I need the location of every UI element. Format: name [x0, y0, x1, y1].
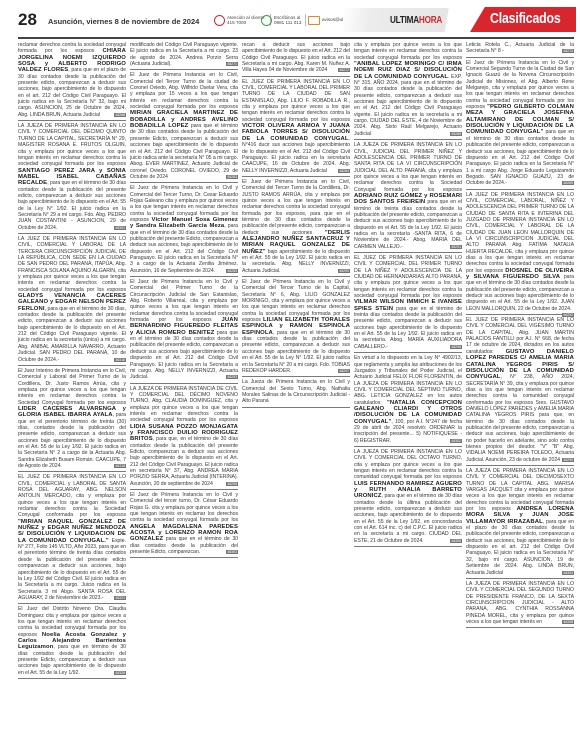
divider	[305, 14, 306, 26]
contact-value: 0981 111 013	[274, 20, 301, 25]
notice-code: 46291	[450, 245, 462, 249]
notice-code: 46326	[114, 671, 126, 675]
legal-notice: cita y emplaza por quince veces a los qu…	[354, 41, 462, 140]
phone-icon	[214, 15, 225, 26]
notice-text: El Juez Interino de Primera Instancia en…	[18, 368, 126, 406]
notice-code: 46289	[226, 269, 238, 273]
notice-code: 46316	[114, 358, 126, 362]
notice-text: En virtud a lo dispuesto en la Ley N° 49…	[354, 355, 462, 405]
notice-text: El Juez de Primera Instancia en lo Civil…	[130, 72, 238, 110]
notice-code: 46321	[114, 596, 126, 600]
legal-notice: recan a deducir sus acciones bajo aperci…	[242, 41, 350, 77]
notice-code: 46318	[114, 464, 126, 468]
legal-notice: El Juez del Distrito Noveno Dra. Claudia…	[18, 605, 126, 679]
notice-code: 46268	[114, 113, 126, 117]
notice-text: , para que en el plazo de 30 días contad…	[18, 67, 126, 117]
notice-party-names: VICTOR OLIVERA ARMOA Y JUANA FABIOLA TOR…	[242, 123, 350, 142]
column-4: cita y emplaza por quince veces a los qu…	[354, 41, 462, 749]
notice-text: El Juez de Primera Instancia en lo Civil…	[130, 492, 238, 523]
legal-notice: LA JUEZ DE PRIMERA INSTANCIA EN LO CIVIL…	[466, 191, 574, 316]
mail-icon	[308, 16, 320, 25]
notice-text: modificado del Código Civil Paraguayo vi…	[130, 42, 238, 67]
notice-code: 46298	[226, 482, 238, 486]
notice-text: EL JUEZ DE PRIMERA INSTANCIA EN LO CIVIL…	[242, 79, 350, 123]
notice-text: para que en el término de treinta días c…	[354, 199, 462, 249]
notice-code: 46271	[226, 62, 238, 66]
legal-notice: El Juez de Primera Instancia en lo Civil…	[242, 178, 350, 277]
column-1: reclamar derechos contra la sociedad con…	[18, 41, 126, 749]
legal-notice: LA JUEZA DE PRIMERA INSTANCIA DE CIVIL Y…	[130, 385, 238, 491]
legal-notice: EL JUEZ DE PRIMERA INSTANCIA EN LO CIVIL…	[18, 473, 126, 604]
notice-code: 46272	[338, 68, 350, 72]
notice-party-names: "ANIBAL LOPEZ MORINIGO C/ IRMA NOEMI RUI…	[354, 61, 462, 80]
legal-notice: EL JUEZ DE PRIMERA INSTANCIA EN LO CIVIL…	[354, 254, 462, 353]
page-header: 28 Asunción, viernes 8 de noviembre de 2…	[18, 8, 574, 34]
legal-notice: LA JUEZA DE PRIMERA INSTANCIA EN LO CIVI…	[354, 448, 462, 547]
notice-text: Leticia Rotela C., Actuaria Judicial de …	[466, 42, 574, 54]
column-5: Leticia Rotela C., Actuaria Judicial de …	[466, 41, 574, 749]
notice-code: 46293	[226, 375, 238, 379]
legal-notice: El Juez de Primera Instancia en lo Civil…	[130, 278, 238, 384]
notice-text: , para que en el término de 30 días, con…	[18, 306, 126, 363]
notice-code: 46299	[562, 458, 574, 462]
notice-text: El Juez de Primera Instancia en lo Civil…	[466, 60, 574, 110]
legal-notice: El Juez Interino de Primera Instancia en…	[18, 367, 126, 473]
notice-code: 46301	[114, 226, 126, 230]
whatsapp-icon	[261, 15, 272, 26]
notice-text: LA JUEZ DE PRIMERA INSTANCIA EN LO CIVIL…	[18, 236, 126, 293]
notice-text: para que el término de 30 días contados …	[130, 123, 238, 180]
legal-notice: El Juez de Primera Instancia en lo Civil…	[130, 491, 238, 558]
notice-text: , para que en el término de 30 días cont…	[242, 330, 350, 374]
notice-text: , para que en el perentorio término de t…	[18, 412, 126, 469]
notice-text: para que en el término de 30 días contad…	[130, 330, 238, 380]
notice-code: 46308	[562, 620, 574, 624]
notice-text: recan a deducir sus acciones bajo aperci…	[242, 42, 350, 73]
notice-text: . N°416 ducir sus acciones bajo apercibi…	[242, 136, 350, 174]
notice-code: 46306	[450, 539, 462, 543]
legal-notice: LA JUEZA DE PRIMERA INSTANCIA EN LO CIVI…	[18, 122, 126, 234]
header-rule	[18, 37, 574, 39]
legal-notice: La Jueza de Primera Instancia en lo Civi…	[242, 378, 350, 407]
notice-text: EL JUEZ DE PRIMERA INSTANCIA EN LO CIVIL…	[354, 255, 462, 299]
notice-text: LA JUEZA DE PRIMERA INSTANCIA EN LO CIVI…	[354, 449, 462, 480]
notice-text: LA JUEZA DE PRIMERA INSTANCIA DE CIVIL Y…	[130, 386, 238, 424]
notice-text: . EXP. N° 315, AÑO 2024, para que en el …	[354, 74, 462, 137]
notice-text: , para que en el plazo de 30 días contad…	[466, 519, 574, 576]
legal-notice: LA JUEZA DE PRIMERA INSTANCIA EN LO CIVI…	[466, 467, 574, 579]
notice-code: 46284	[338, 169, 350, 173]
notice-text: LA JUEZA DE PRIMERA INSTANCIA EN LO CIVI…	[466, 581, 574, 625]
legal-notice: reclamar derechos contra la sociedad con…	[18, 41, 126, 121]
notice-code: 46283	[226, 175, 238, 179]
legal-notice: EL JUEZ DE PRIMERA INSTANCIA EN LO CIVIL…	[466, 316, 574, 466]
legal-notice: Leticia Rotela C., Actuaria Judicial de …	[466, 41, 574, 58]
date-line: Asunción, viernes 8 de noviembre de 2024	[48, 17, 199, 26]
notice-text: para que en el término de treinta días c…	[354, 306, 462, 350]
legal-notice: modificado del Código Civil Paraguayo vi…	[130, 41, 238, 70]
legal-notice: EL JUEZ DE PRIMERA INSTANCIA EN LO CIVIL…	[242, 78, 350, 177]
legal-notice: En virtud a lo dispuesto en la Ley N° 49…	[354, 354, 462, 447]
legal-notice: El Juez de Primera Instancia en lo Civil…	[242, 278, 350, 377]
notice-text: , para que, en el término de 30 días con…	[130, 436, 238, 486]
notice-code: 46273	[562, 49, 574, 53]
classifieds-columns: reclamar derechos contra la sociedad con…	[18, 41, 574, 749]
notice-code: 46302	[450, 439, 462, 443]
notice-text: EL JUEZ DE PRIMERA INSTANCIA EN LO CIVIL…	[18, 474, 126, 518]
notice-text: para que en el término de 30 días contad…	[466, 274, 574, 312]
notice-text: El Juez de Primera Instancia en lo Civil…	[242, 179, 350, 236]
legal-notice: El Juez de Primera Instancia en lo Civil…	[466, 59, 574, 190]
notice-code: 46296	[450, 345, 462, 349]
legal-notice: LA JUEZ DE PRIMERA INSTANCIA EN LO CIVIL…	[18, 235, 126, 366]
notice-code: 46303	[226, 550, 238, 554]
notice-code: 46304	[562, 571, 574, 575]
notice-code: 46286	[450, 132, 462, 136]
page-number: 28	[18, 10, 37, 30]
notice-text: , para que en el término de 30 días cont…	[354, 493, 462, 543]
notice-text: cita y emplaza por quince veces a los qu…	[354, 42, 462, 61]
notice-text: La Jueza de Primera Instancia en lo Civi…	[242, 379, 350, 404]
brand-logo: ULTIMAHORA	[390, 15, 442, 26]
legal-notice: El Juez de Primera Instancia en lo Civil…	[130, 184, 238, 277]
column-3: recan a deducir sus acciones bajo aperci…	[242, 41, 350, 749]
notice-code: 46297	[338, 369, 350, 373]
section-title: Clasificados	[470, 7, 576, 32]
column-2: modificado del Código Civil Paraguayo vi…	[130, 41, 238, 749]
whatsapp-contact: Escríbinos al 0981 111 013	[261, 11, 306, 29]
notice-text: LA JUEZA DE PRIMERA INSTANCIA EN LO CIVI…	[18, 123, 126, 167]
notice-text: , para que en el término de 30 días cont…	[130, 223, 238, 273]
legal-notice: El Juez de Primera Instancia en lo Civil…	[130, 71, 238, 183]
contact-value: 415 7000	[227, 20, 266, 25]
notice-code: 46285	[562, 181, 574, 185]
notice-party-names: LIDER CACERES ALVARENGA y GLORIA ISABEL …	[18, 406, 126, 418]
notice-text: LA JUEZA DE PRIMERA INSTANCIA EN LO CIVI…	[354, 142, 462, 192]
notice-code: 46290	[338, 269, 350, 273]
notice-text: para que en el término de 30 días contad…	[466, 129, 574, 186]
notice-text: , para que en el término de 30 días cont…	[18, 180, 126, 230]
legal-notice: LA JUEZA DE PRIMERA INSTANCIA EN LO CIVI…	[466, 580, 574, 628]
legal-notice: LA JUEZA DE PRIMERA INSTANCIA EN LO CIVI…	[354, 141, 462, 253]
notice-text: Expte. N° 277, Folio 145 VLTO, Año 2023,…	[18, 538, 126, 601]
notice-text: , N° 238, AÑO 2024, SECRETARÍA N° 39, ci…	[466, 374, 574, 462]
notice-text: LA JUEZ DE PRIMERA INSTANCIA EN LO CIVIL…	[466, 192, 574, 274]
